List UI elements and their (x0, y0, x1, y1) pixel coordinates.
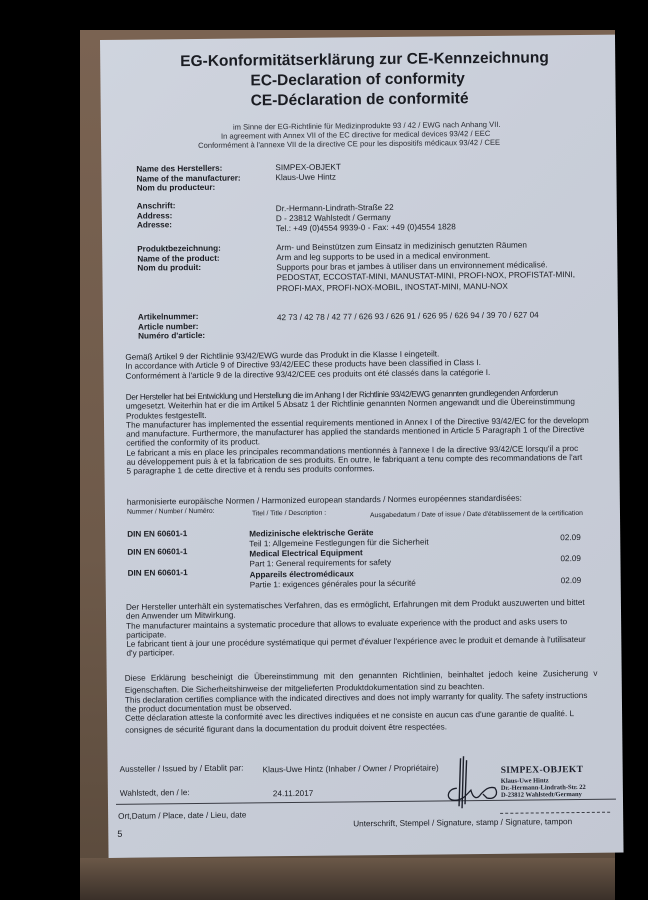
cardboard-edge (80, 858, 615, 900)
col-title-header: Titel / Title / Description : (252, 510, 326, 518)
title-de: EG-Konformitätserklärung zur CE-Kennzeic… (180, 49, 549, 71)
standard-row: Medizinische elektrische Geräte Teil 1: … (249, 528, 429, 549)
manufacturer-labels: Name des Herstellers: Name of the manufa… (136, 164, 240, 194)
manufacturer-values: SIMPEX-OBJEKT Klaus-Uwe Hintz (275, 162, 341, 183)
address-labels: Anschrift: Address: Adresse: (137, 201, 176, 230)
standard-number: DIN EN 60601-1 (127, 529, 187, 539)
handwritten-signature (443, 754, 504, 813)
standards-heading: harmonisierte europäische Normen / Harmo… (127, 494, 522, 507)
page-number: 5 (117, 830, 122, 839)
standard-row: Medical Electrical Equipment Part 1: Gen… (249, 548, 391, 568)
signature-caption: Unterschrift, Stempel / Signature, stamp… (353, 817, 572, 829)
standard-number: DIN EN 60601-1 (127, 547, 187, 557)
issued-by-label: Aussteller / Issued by / Etablit par: (120, 764, 244, 775)
address-values: Dr.-Hermann-Lindrath-Straße 22 D - 23812… (276, 202, 456, 234)
article-numbers: 42 73 / 42 78 / 42 77 / 626 93 / 626 91 … (277, 310, 539, 323)
place-date-caption: Ort,Datum / Place, date / Lieu, date (118, 811, 246, 822)
article-labels: Artikelnummer: Article number: Numéro d'… (138, 312, 205, 341)
standard-date: 02.09 (561, 576, 582, 586)
issued-by-value: Klaus-Uwe Hintz (Inhaber / Owner / Propr… (263, 763, 439, 774)
requirements-paragraph: Der Hersteller hat bei Entwicklung und H… (126, 388, 590, 477)
standard-row: Appareils électromédicaux Partie 1: exig… (250, 569, 416, 590)
place-label: Wahlstedt, den / le: (120, 788, 190, 798)
procedure-paragraph: Der Hersteller unterhält ein systematisc… (126, 598, 586, 659)
standard-number: DIN EN 60601-1 (128, 568, 188, 578)
col-number-header: Nummer / Number / Numéro: (127, 508, 215, 516)
signature-line (116, 799, 616, 805)
issue-date: 24.11.2017 (273, 789, 313, 799)
stamp-underline (500, 812, 610, 814)
product-values: Arm- und Beinstützen zum Einsatz in medi… (276, 240, 575, 294)
standard-date: 02.09 (560, 533, 581, 543)
disclaimer-paragraph: Diese Erklärung bescheinigt die Übereins… (125, 669, 598, 736)
title-fr: CE-Déclaration de conformité (251, 90, 469, 110)
title-en: EC-Declaration of conformity (250, 70, 465, 90)
classification-paragraph: Gemäß Artikel 9 der Richtlinie 93/42/EWG… (125, 349, 490, 381)
standard-date: 02.09 (560, 554, 581, 564)
product-labels: Produktbezeichnung: Name of the product:… (137, 244, 221, 274)
company-stamp: SIMPEX-OBJEKT Klaus-Uwe Hintz Dr.-Herman… (501, 765, 586, 799)
subtitle-fr: Conformément à l'annexe VII de la direct… (198, 138, 500, 150)
col-date-header: Ausgabedatum / Date of issue / Date d'ét… (370, 510, 583, 519)
declaration-document: EG-Konformitätserklärung zur CE-Kennzeic… (100, 35, 624, 858)
